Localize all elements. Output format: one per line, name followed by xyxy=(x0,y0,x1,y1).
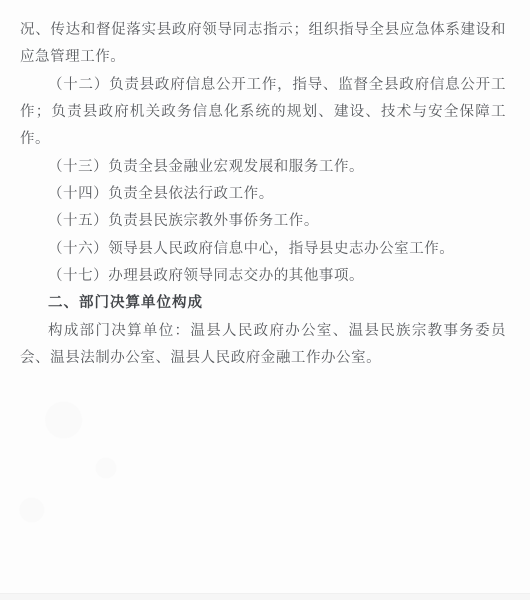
paragraph-clause-14: （十四）负责全县依法行政工作。 xyxy=(20,181,506,208)
paragraph-clause-15: （十五）负责县民族宗教外事侨务工作。 xyxy=(20,208,506,235)
document-body: 况、传达和督促落实县政府领导同志指示；组织指导全县应急体系建设和应急管理工作。 … xyxy=(20,17,506,372)
paragraph-clause-16: （十六）领导县人民政府信息中心，指导县史志办公室工作。 xyxy=(20,236,506,263)
paragraph-continuation: 况、传达和督促落实县政府领导同志指示；组织指导全县应急体系建设和应急管理工作。 xyxy=(20,17,506,72)
document-page: 况、传达和督促落实县政府领导同志指示；组织指导全县应急体系建设和应急管理工作。 … xyxy=(0,0,530,600)
paragraph-unit-composition: 构成部门决算单位：温县人民政府办公室、温县民族宗教事务委员会、温县法制办公室、温… xyxy=(20,318,506,373)
paragraph-clause-13: （十三）负责全县金融业宏观发展和服务工作。 xyxy=(20,154,506,181)
scan-edge-shadow xyxy=(0,593,530,600)
paragraph-clause-12: （十二）负责县政府信息公开工作，指导、监督全县政府信息公开工作；负责县政府机关政… xyxy=(20,72,506,154)
section-heading: 二、部门决算单位构成 xyxy=(20,290,506,317)
paragraph-clause-17: （十七）办理县政府领导同志交办的其他事项。 xyxy=(20,263,506,290)
